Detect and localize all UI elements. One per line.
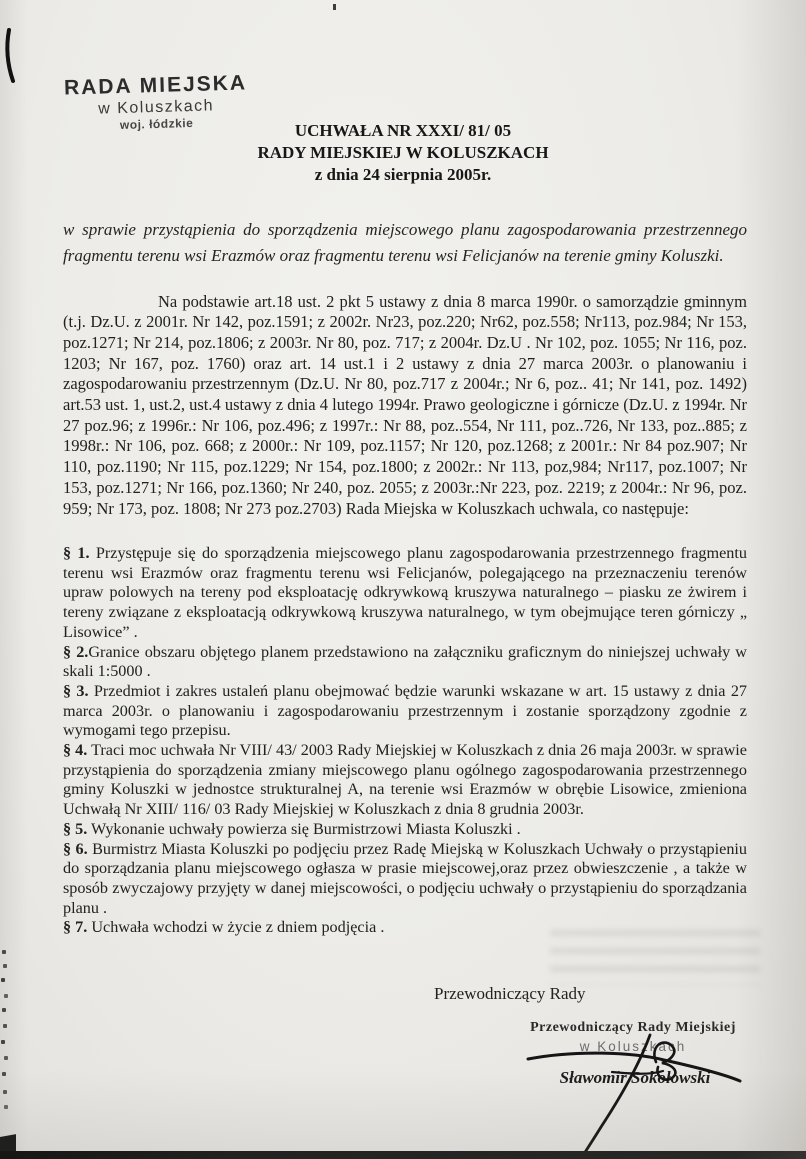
chairman-stamp-city: w Koluszkach [518, 1039, 748, 1054]
section-7: § 7. Uchwała wchodzi w życie z dniem pod… [63, 918, 747, 938]
section-7-number: § 7. [63, 918, 87, 936]
left-edge-specks [2, 950, 6, 954]
pen-stroke-mark [7, 30, 13, 81]
signature-title-label: Przewodniczący Rady [434, 984, 586, 1004]
scan-speck [333, 4, 336, 10]
section-4: § 4. Traci moc uchwała Nr VIII/ 43/ 2003… [63, 741, 747, 820]
section-3: § 3. Przedmiot i zakres ustaleń planu ob… [63, 682, 747, 741]
reverse-side-bleedthrough [550, 930, 760, 985]
section-6-number: § 6. [63, 840, 88, 858]
section-6-text: Burmistrz Miasta Koluszki po podjęciu pr… [63, 840, 747, 917]
signatory-name: Sławomir Sokołowski [540, 1068, 730, 1088]
legal-basis-paragraph: Na podstawie art.18 ust. 2 pkt 5 ustawy … [63, 292, 747, 520]
section-5: § 5. Wykonanie uchwały powierza się Burm… [63, 820, 747, 840]
section-4-text: Traci moc uchwała Nr VIII/ 43/ 2003 Rady… [63, 741, 747, 818]
chairman-stamp-title: Przewodniczący Rady Miejskiej [518, 1020, 748, 1036]
scanned-document-page: RADA MIEJSKA w Koluszkach woj. łódzkie U… [0, 0, 806, 1159]
section-3-text: Przedmiot i zakres ustaleń planu obejmow… [63, 682, 747, 739]
resolution-sections: § 1. Przystępuje się do sporządzenia mie… [63, 544, 747, 938]
resolution-issuer: RADY MIEJSKIEJ W KOLUSZKACH [0, 142, 806, 164]
section-2-text: Granice obszaru objętego planem przedsta… [63, 643, 747, 681]
section-2-number: § 2. [63, 643, 88, 661]
section-4-number: § 4. [63, 741, 87, 759]
section-5-number: § 5. [63, 820, 87, 838]
section-6: § 6. Burmistrz Miasta Koluszki po podjęc… [63, 840, 747, 919]
resolution-number: UCHWAŁA NR XXXI/ 81/ 05 [0, 120, 806, 142]
section-7-text: Uchwała wchodzi w życie z dniem podjęcia… [87, 918, 384, 936]
section-1: § 1. Przystępuje się do sporządzenia mie… [63, 544, 747, 643]
subject-paragraph: w sprawie przystąpienia do sporządzenia … [63, 217, 747, 269]
section-3-number: § 3. [63, 682, 89, 700]
scan-bottom-edge [0, 1151, 806, 1159]
section-1-text: Przystępuje się do sporządzenia miejscow… [63, 544, 747, 641]
resolution-date: z dnia 24 sierpnia 2005r. [0, 164, 806, 186]
section-2: § 2.Granice obszaru objętego planem prze… [63, 643, 747, 682]
chairman-stamp: Przewodniczący Rady Miejskiej w Koluszka… [518, 1020, 748, 1054]
resolution-title: UCHWAŁA NR XXXI/ 81/ 05 RADY MIEJSKIEJ W… [0, 120, 806, 186]
section-1-number: § 1. [63, 544, 90, 562]
section-5-text: Wykonanie uchwały powierza się Burmistrz… [87, 820, 520, 838]
